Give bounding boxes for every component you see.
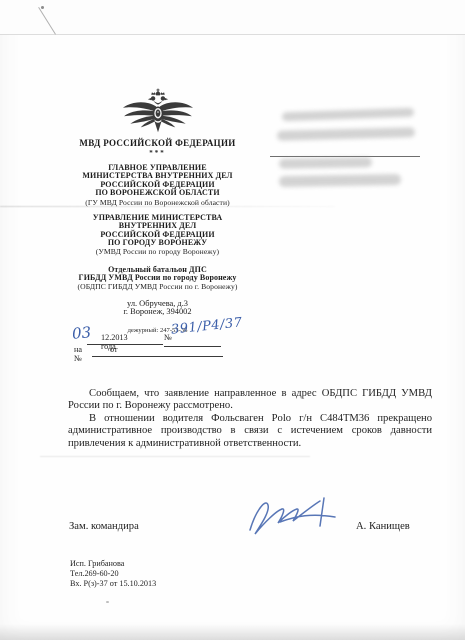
main-department-title: ГЛАВНОЕ УПРАВЛЕНИЕ МИНИСТЕРСТВА ВНУТРЕНН… — [55, 164, 260, 207]
stars-separator: *** — [55, 149, 260, 157]
scan-top-strip — [0, 0, 465, 34]
redaction-smudge — [277, 127, 415, 141]
date-underline — [87, 344, 163, 345]
reply-from-label: от — [110, 345, 118, 354]
paper-crease — [40, 456, 310, 457]
body-paragraph: Сообщаем, что заявление направленное в а… — [68, 388, 432, 413]
reply-underline — [92, 356, 223, 357]
reply-to-label: на № — [74, 345, 82, 363]
redaction-smudge — [279, 157, 372, 169]
footer-block: Исп. Грибанова Тел.269-60-20 Вх. Р(з)-37… — [70, 559, 156, 588]
body-paragraph: В отношении водителя Фольсваген Polo г/н… — [68, 413, 432, 450]
redaction-smudge — [279, 174, 401, 187]
letterhead: МВД РОССИЙСКОЙ ФЕДЕРАЦИИ *** ГЛАВНОЕ УПР… — [55, 88, 260, 334]
letterhead-line: ГИБДД УМВД России по городу Воронежу — [55, 274, 260, 282]
handwritten-day: 03 — [71, 323, 92, 343]
main-department-abbr: (ГУ МВД России по Воронежской области) — [55, 199, 260, 207]
scan-speck — [41, 6, 44, 9]
signer-position: Зам. командира — [69, 521, 139, 532]
letterhead-line: ПО ВОРОНЕЖСКОЙ ОБЛАСТИ — [55, 189, 260, 197]
scan-bottom-shadow — [0, 624, 465, 640]
redaction-smudge — [282, 108, 414, 122]
executor-phone: Тел.269-60-20 — [70, 569, 156, 579]
city-department-title: УПРАВЛЕНИЕ МИНИСТЕРСТВА ВНУТРЕННИХ ДЕЛ Р… — [55, 214, 260, 257]
number-underline — [164, 346, 221, 347]
incoming-ref: Вх. Р(з)-37 от 15.10.2013 — [70, 579, 156, 589]
double-headed-eagle-icon — [121, 88, 195, 136]
scanned-letter-page: МВД РОССИЙСКОЙ ФЕДЕРАЦИИ *** ГЛАВНОЕ УПР… — [0, 0, 465, 640]
signer-name: А. Канищев — [356, 521, 410, 532]
executor-line: Исп. Грибанова — [70, 559, 156, 569]
battalion-abbr: (ОБДПС ГИБДД УМВД России по г. Воронежу) — [55, 283, 260, 291]
letter-body: Сообщаем, что заявление направленное в а… — [68, 388, 432, 450]
ministry-title: МВД РОССИЙСКОЙ ФЕДЕРАЦИИ — [55, 138, 260, 148]
scan-speck — [106, 601, 109, 603]
paper-fold-edge — [0, 34, 465, 35]
letterhead-line: ПО ГОРОДУ ВОРОНЕЖУ — [55, 239, 260, 247]
handwritten-signature-icon — [240, 492, 350, 542]
postal-address: ул. Обручева, д.3 г. Воронеж, 394002 — [55, 300, 260, 318]
city-department-abbr: (УМВД России по городу Воронежу) — [55, 248, 260, 256]
battalion-title: Отдельный батальон ДПС ГИБДД УМВД России… — [55, 266, 260, 292]
